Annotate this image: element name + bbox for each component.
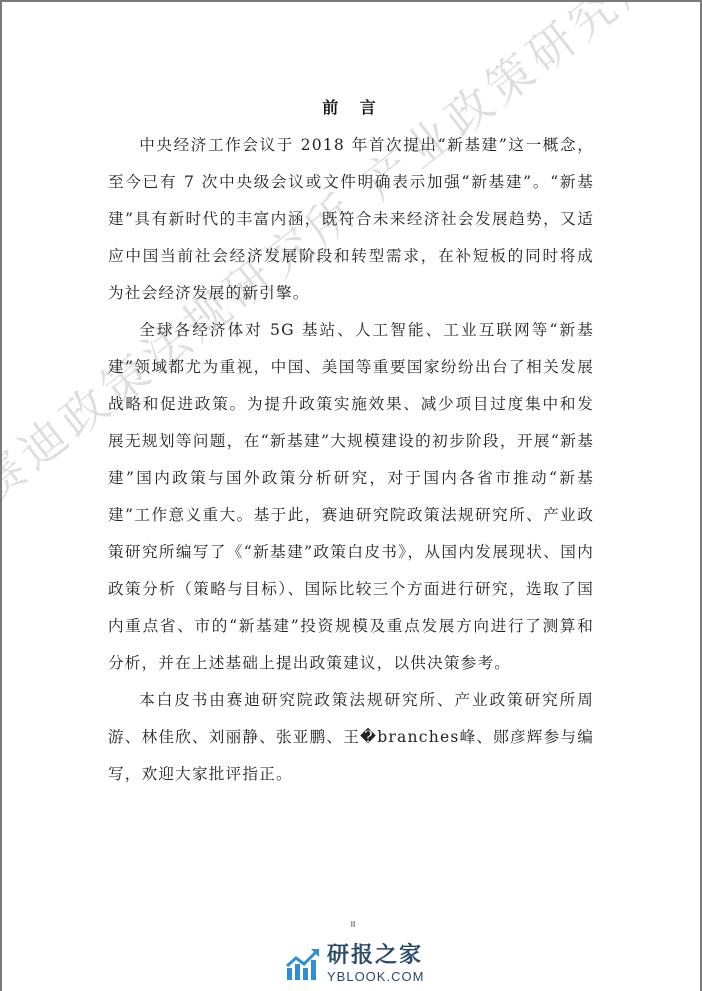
site-logo[interactable]: 研报之家 YBLOOK.COM [285,941,424,987]
paragraph-2: 全球各经济体对 5G 基站、人工智能、工业互联网等“新基建”领域都尤为重视，中国… [108,312,594,682]
document-page: 赛迪政策法规研究所 产业政策研究所 前 言 中央经济工作会议于 2018 年首次… [0,0,702,991]
page-number: II [2,920,702,929]
logo-text: 研报之家 YBLOOK.COM [327,945,424,983]
logo-name-en: YBLOOK.COM [327,970,424,983]
logo-name-cn: 研报之家 [327,945,424,967]
body-text: 中央经济工作会议于 2018 年首次提出“新基建”这一概念，至今已有 7 次中央… [108,127,594,793]
page-title: 前 言 [2,95,702,118]
paragraph-3: 本白皮书由赛迪研究院政策法规研究所、产业政策研究所周游、林佳欣、刘丽静、张亚鹏、… [108,682,594,793]
paragraph-1: 中央经济工作会议于 2018 年首次提出“新基建”这一概念，至今已有 7 次中央… [108,127,594,312]
bar-chart-arrow-icon [285,946,321,982]
